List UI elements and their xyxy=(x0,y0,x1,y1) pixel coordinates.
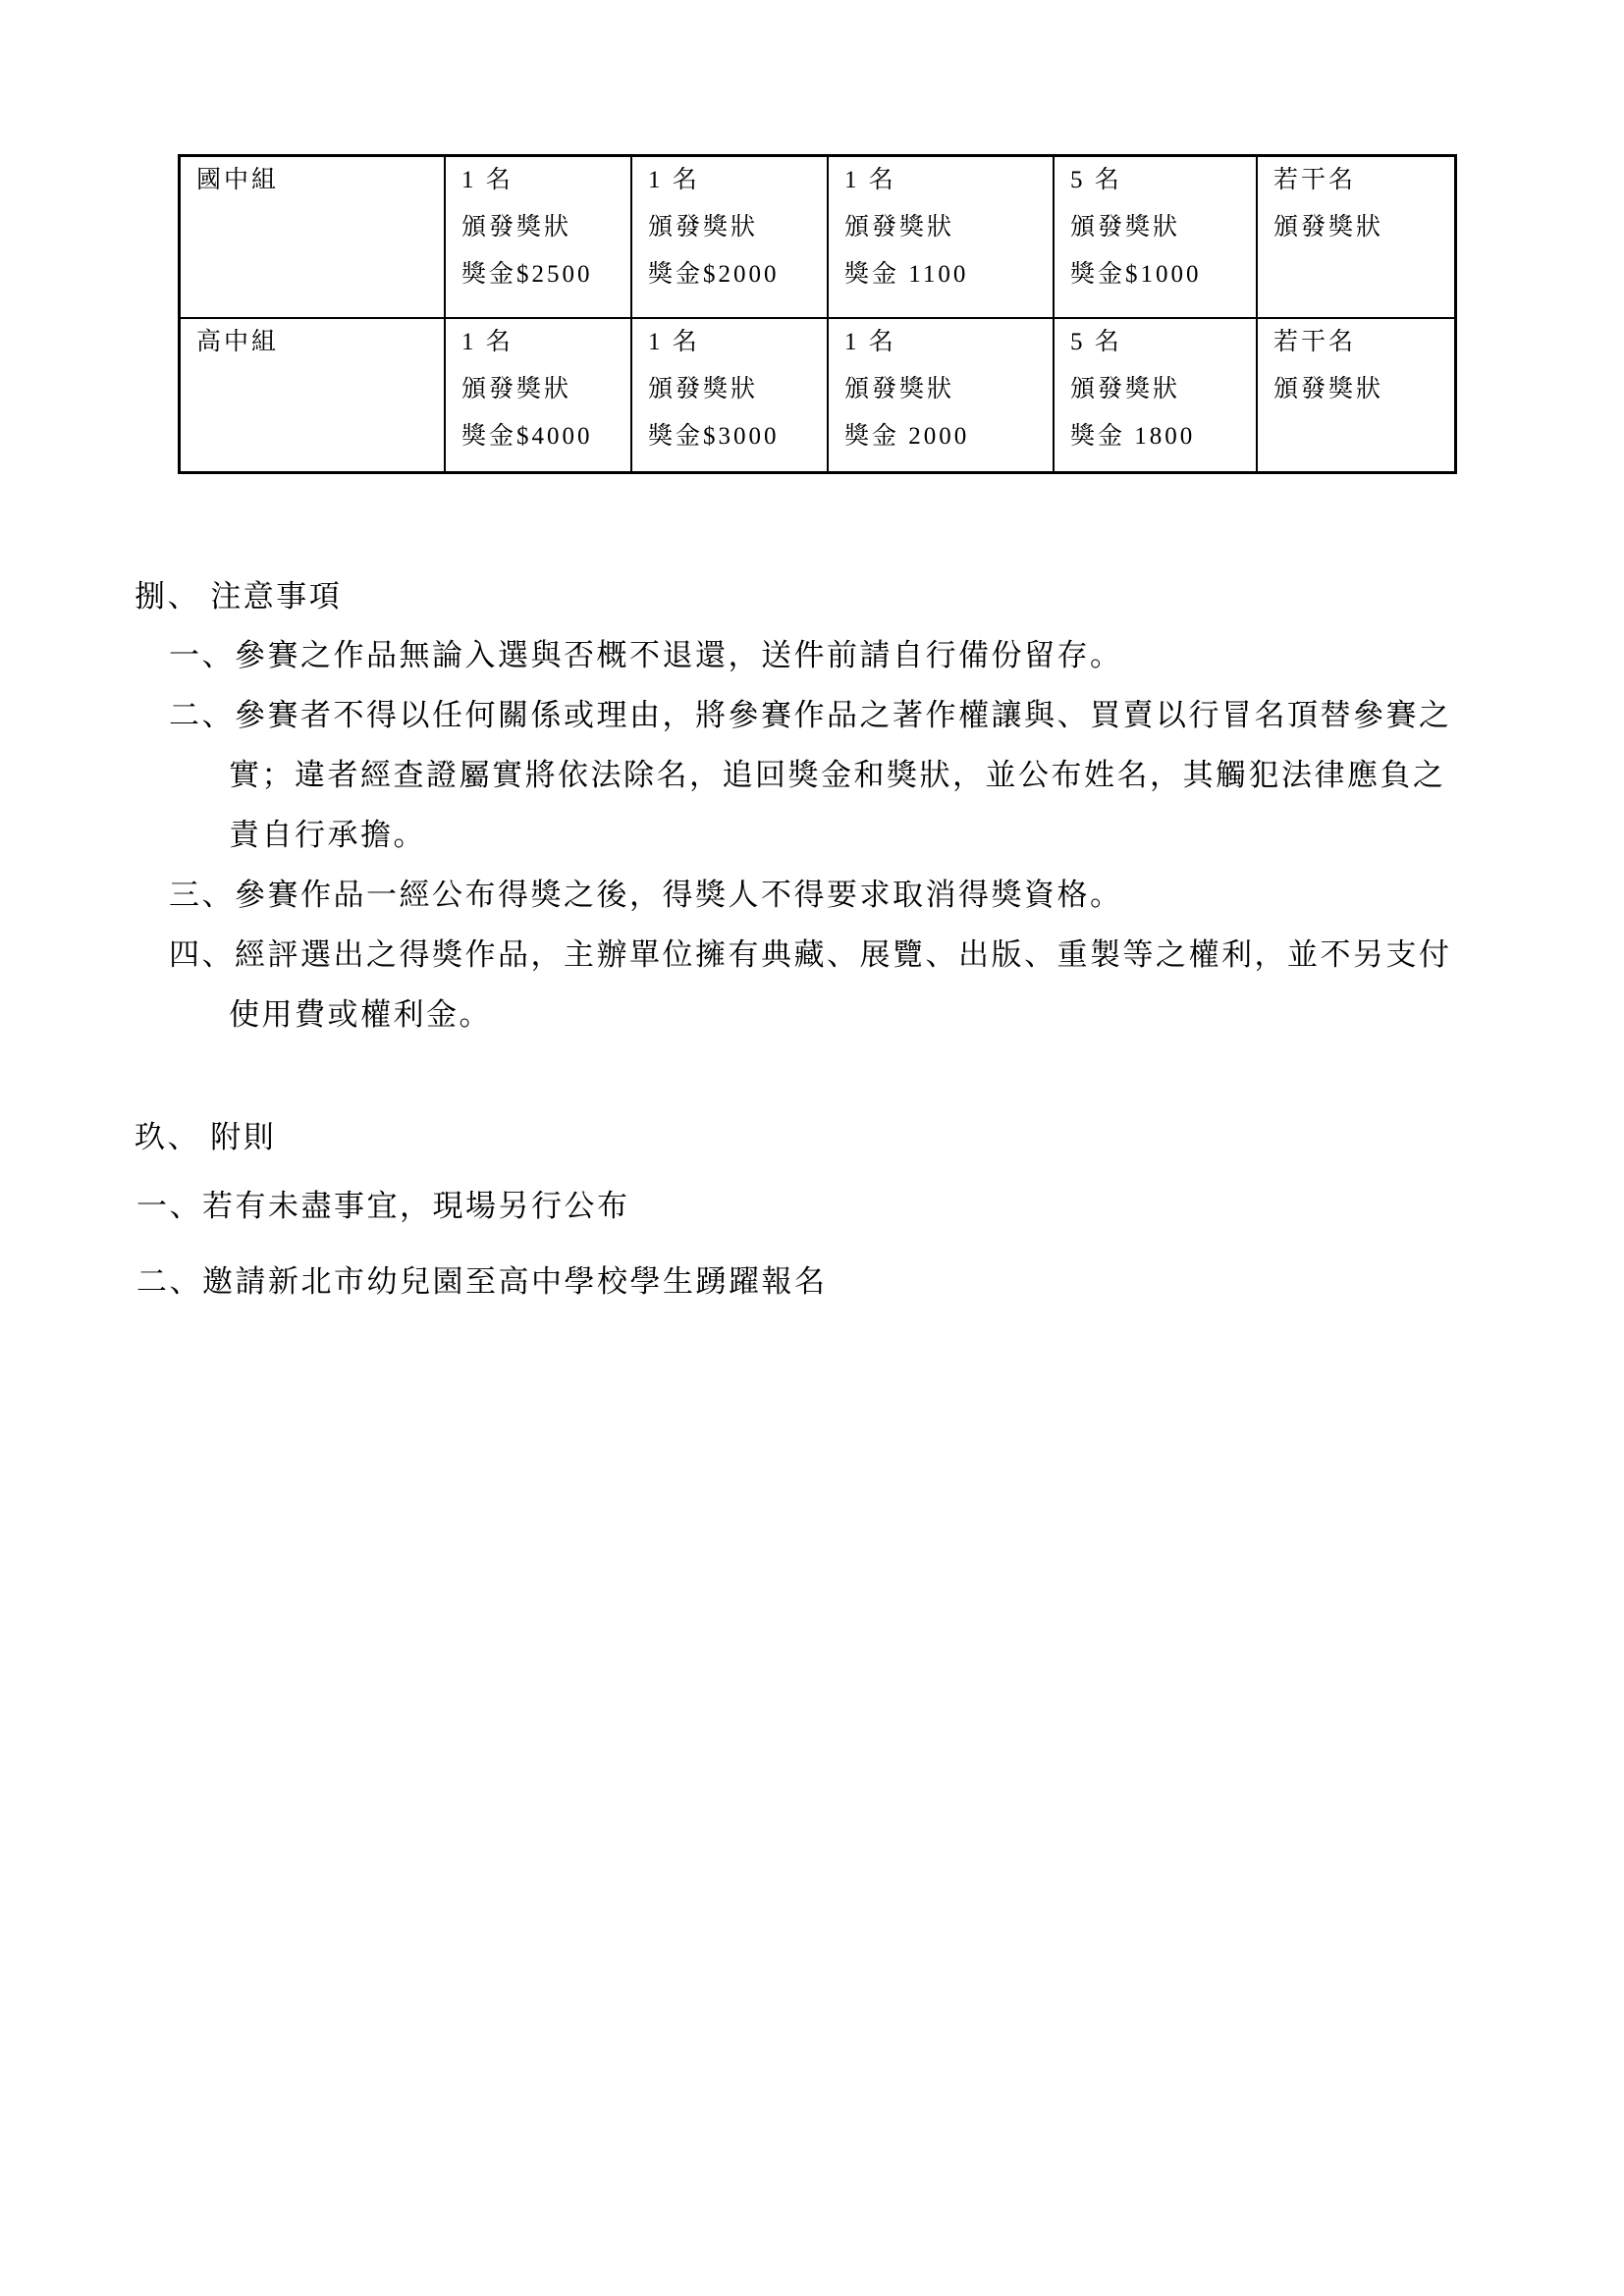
table-cell-group: 國中組 xyxy=(181,157,446,319)
note-item-2-line-2: 實；違者經查證屬實將依法除名，追回獎金和獎狀，並公布姓名，其觸犯法律應負之 xyxy=(229,757,1446,793)
item-text: 邀請新北市幼兒園至高中學校學生踴躍報名 xyxy=(202,1264,828,1299)
group-label: 高中組 xyxy=(196,319,438,366)
table-cell-prize: 5 名 頒發獎狀 獎金 1800 xyxy=(1055,319,1258,471)
section-heading-notes: 捌、 注意事項 xyxy=(135,578,342,614)
table-cell-prize: 1 名 頒發獎狀 獎金$3000 xyxy=(632,319,829,471)
note-item-2-line-1: 二、參賽者不得以任何關係或理由，將參賽作品之著作權讓與、買賣以行冒名頂替參賽之 xyxy=(169,697,1452,733)
table-cell-prize: 1 名 頒發獎狀 獎金 1100 xyxy=(829,157,1055,319)
prize-table: 國中組 1 名 頒發獎狀 獎金$2500 1 名 頒發獎狀 獎金$2000 1 … xyxy=(178,154,1457,474)
item-text: 參賽之作品無論入選與否概不退還，送件前請自行備份留存。 xyxy=(235,638,1123,672)
item-marker: 二、 xyxy=(136,1264,202,1299)
table-cell-prize: 若干名 頒發獎狀 xyxy=(1258,157,1454,319)
item-text: 若有未盡事宜，現場另行公布 xyxy=(202,1189,630,1223)
table-cell-prize: 1 名 頒發獎狀 獎金 2000 xyxy=(829,319,1055,471)
note-item-1: 一、參賽之作品無論入選與否概不退還，送件前請自行備份留存。 xyxy=(169,637,1123,673)
item-marker: 一、 xyxy=(169,638,235,672)
item-text: 經評選出之得獎作品，主辦單位擁有典藏、展覽、出版、重製等之權利，並不另支付 xyxy=(235,937,1452,972)
document-page: 國中組 1 名 頒發獎狀 獎金$2500 1 名 頒發獎狀 獎金$2000 1 … xyxy=(0,0,1624,2296)
appendix-item-1: 一、若有未盡事宜，現場另行公布 xyxy=(136,1188,630,1224)
table-cell-prize: 1 名 頒發獎狀 獎金$2500 xyxy=(446,157,632,319)
note-item-4-line-2: 使用費或權利金。 xyxy=(229,996,492,1033)
table-cell-prize: 若干名 頒發獎狀 xyxy=(1258,319,1454,471)
table-cell-prize: 1 名 頒發獎狀 獎金$4000 xyxy=(446,319,632,471)
table-cell-prize: 5 名 頒發獎狀 獎金$1000 xyxy=(1055,157,1258,319)
item-marker: 四、 xyxy=(169,937,235,972)
note-item-3: 三、參賽作品一經公布得獎之後，得獎人不得要求取消得獎資格。 xyxy=(169,877,1123,913)
item-marker: 二、 xyxy=(169,698,235,732)
note-item-4-line-1: 四、經評選出之得獎作品，主辦單位擁有典藏、展覽、出版、重製等之權利，並不另支付 xyxy=(169,936,1452,973)
item-marker: 三、 xyxy=(169,878,235,912)
section-heading-appendix: 玖、 附則 xyxy=(135,1119,276,1155)
note-item-2-line-3: 責自行承擔。 xyxy=(229,817,426,853)
item-text: 責自行承擔。 xyxy=(229,818,426,852)
group-label: 國中組 xyxy=(196,157,438,204)
item-text: 實；違者經查證屬實將依法除名，追回獎金和獎狀，並公布姓名，其觸犯法律應負之 xyxy=(229,758,1446,792)
table-cell-group: 高中組 xyxy=(181,319,446,471)
item-text: 參賽者不得以任何關係或理由，將參賽作品之著作權讓與、買賣以行冒名頂替參賽之 xyxy=(235,698,1452,732)
table-cell-prize: 1 名 頒發獎狀 獎金$2000 xyxy=(632,157,829,319)
appendix-item-2: 二、邀請新北市幼兒園至高中學校學生踴躍報名 xyxy=(136,1263,828,1300)
item-text: 參賽作品一經公布得獎之後，得獎人不得要求取消得獎資格。 xyxy=(235,878,1123,912)
item-text: 使用費或權利金。 xyxy=(229,997,492,1032)
item-marker: 一、 xyxy=(136,1189,202,1223)
